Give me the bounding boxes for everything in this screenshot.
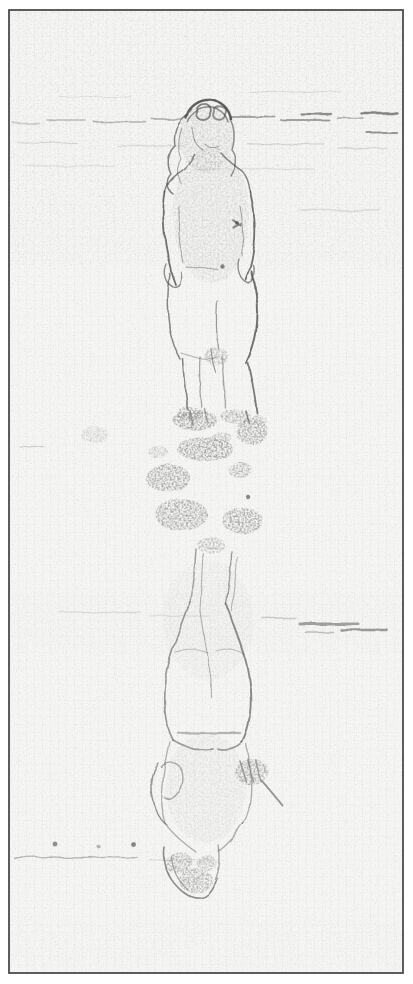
sketch-canvas [0,0,413,984]
sketch-image [0,0,413,984]
